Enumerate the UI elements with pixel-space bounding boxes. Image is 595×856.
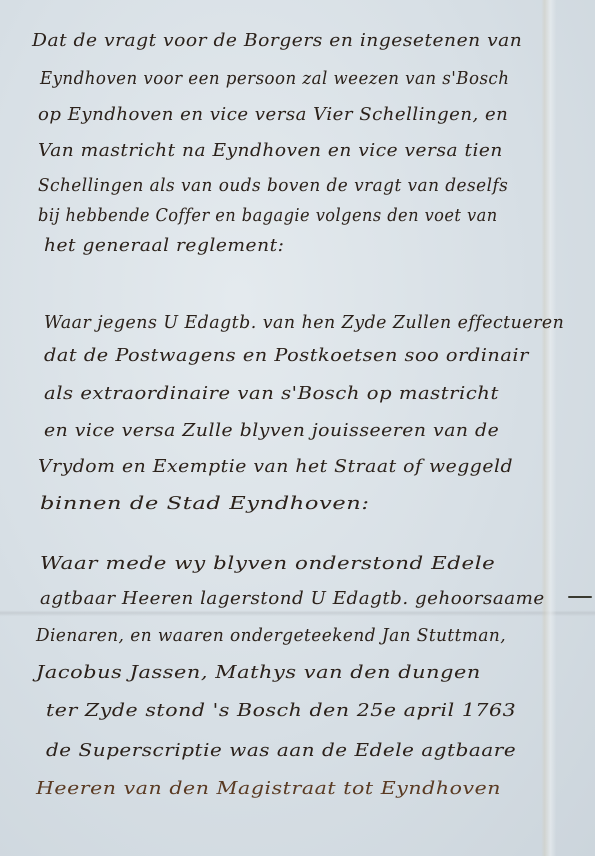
manuscript-line: Dienaren, en waaren ondergeteekend Jan S… [36, 625, 506, 646]
manuscript-line: Jacobus Jassen, Mathys van den dungen [36, 662, 481, 683]
manuscript-line: en vice versa Zulle blyven jouisseeren v… [44, 420, 499, 441]
manuscript-line: Heeren van den Magistraat tot Eyndhoven [36, 778, 501, 799]
manuscript-line: binnen de Stad Eyndhoven: [40, 493, 370, 514]
fold-crease-mark [568, 596, 592, 598]
manuscript-line: Dat de vragt voor de Borgers en ingesete… [32, 30, 522, 51]
manuscript-line: op Eyndhoven en vice versa Vier Schellin… [38, 104, 508, 125]
manuscript-line: Schellingen als van ouds boven de vragt … [38, 175, 508, 196]
manuscript-line: het generaal reglement: [44, 235, 284, 256]
manuscript-line: Van mastricht na Eyndhoven en vice versa… [38, 140, 503, 161]
manuscript-line: de Superscriptie was aan de Edele agtbaa… [46, 740, 516, 761]
manuscript-line: agtbaar Heeren lagerstond U Edagtb. geho… [40, 588, 545, 609]
manuscript-line: Eyndhoven voor een persoon zal weezen va… [40, 68, 509, 89]
manuscript-line: Waar mede wy blyven onderstond Edele [40, 553, 495, 574]
manuscript-line: Vrydom en Exemptie van het Straat of weg… [38, 456, 513, 477]
manuscript-line: ter Zyde stond 's Bosch den 25e april 17… [46, 700, 516, 721]
manuscript-line: dat de Postwagens en Postkoetsen soo ord… [44, 345, 529, 366]
manuscript-line: Waar jegens U Edagtb. van hen Zyde Zulle… [44, 312, 564, 333]
manuscript-line: bij hebbende Coffer en bagagie volgens d… [38, 205, 498, 226]
manuscript-line: als extraordinaire van s'Bosch op mastri… [44, 383, 499, 404]
manuscript-page: Dat de vragt voor de Borgers en ingesete… [0, 0, 595, 856]
